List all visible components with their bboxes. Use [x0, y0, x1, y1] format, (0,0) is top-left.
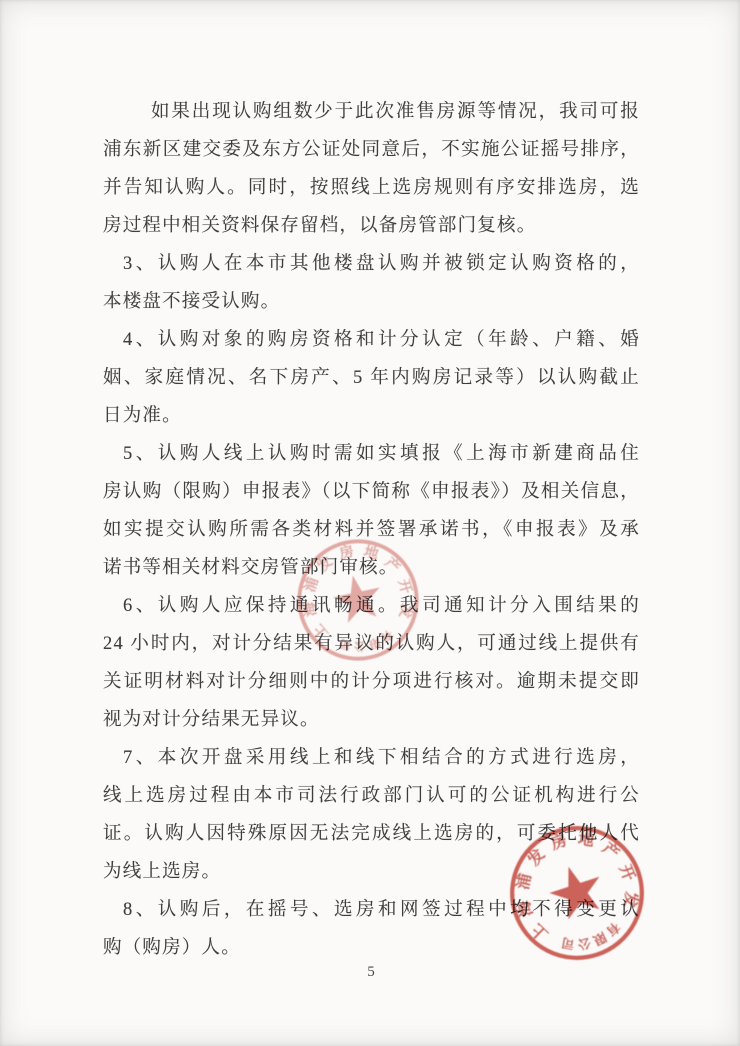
text-line: 房认购（限购）申报表》（以下简称《申报表》）及相关信息， — [103, 473, 640, 511]
text-line: 3、认购人在本市其他楼盘认购并被锁定认购资格的， — [103, 245, 640, 283]
page-number: 5 — [103, 964, 640, 981]
seal-company-suffix: 有限公司 — [335, 625, 398, 659]
text-line: 并告知认购人。同时，按照线上选房规则有序安排选房，选 — [103, 169, 640, 207]
text-line: 5、认购人线上认购时需如实填报《上海市新建商品住 — [103, 435, 640, 473]
text-line: 姻、家庭情况、名下房产、5 年内购房记录等）以认购截止 — [103, 359, 640, 397]
text-line: 7、本次开盘采用线上和线下相结合的方式进行选房， — [103, 739, 640, 777]
star-icon — [330, 571, 386, 625]
text-line: 日为准。 — [103, 397, 640, 435]
text-line: 如果出现认购组数少于此次准售房源等情况，我司可报 — [103, 93, 640, 131]
star-icon — [544, 859, 609, 923]
text-line: 本楼盘不接受认购。 — [103, 283, 640, 321]
text-line: 浦东新区建交委及东方公证处同意后，不实施公证摇号排序， — [103, 131, 640, 169]
text-line: 视为对计分结果无异议。 — [103, 701, 640, 739]
text-line: 房过程中相关资料保存留档，以备房管部门复核。 — [103, 207, 640, 245]
company-seal-upper: 上海浦发房地产开发 有限公司 — [281, 523, 435, 677]
svg-text:有限公司: 有限公司 — [556, 917, 626, 960]
document-page: 如果出现认购组数少于此次准售房源等情况，我司可报浦东新区建交委及东方公证处同意后… — [0, 0, 740, 1046]
svg-text:有限公司: 有限公司 — [335, 625, 398, 659]
text-line: 4、认购对象的购房资格和计分认定（年龄、户籍、婚 — [103, 321, 640, 359]
company-seal-lower: 上海浦发房地产开发 有限公司 — [492, 808, 662, 978]
seal-company-suffix: 有限公司 — [556, 917, 626, 960]
